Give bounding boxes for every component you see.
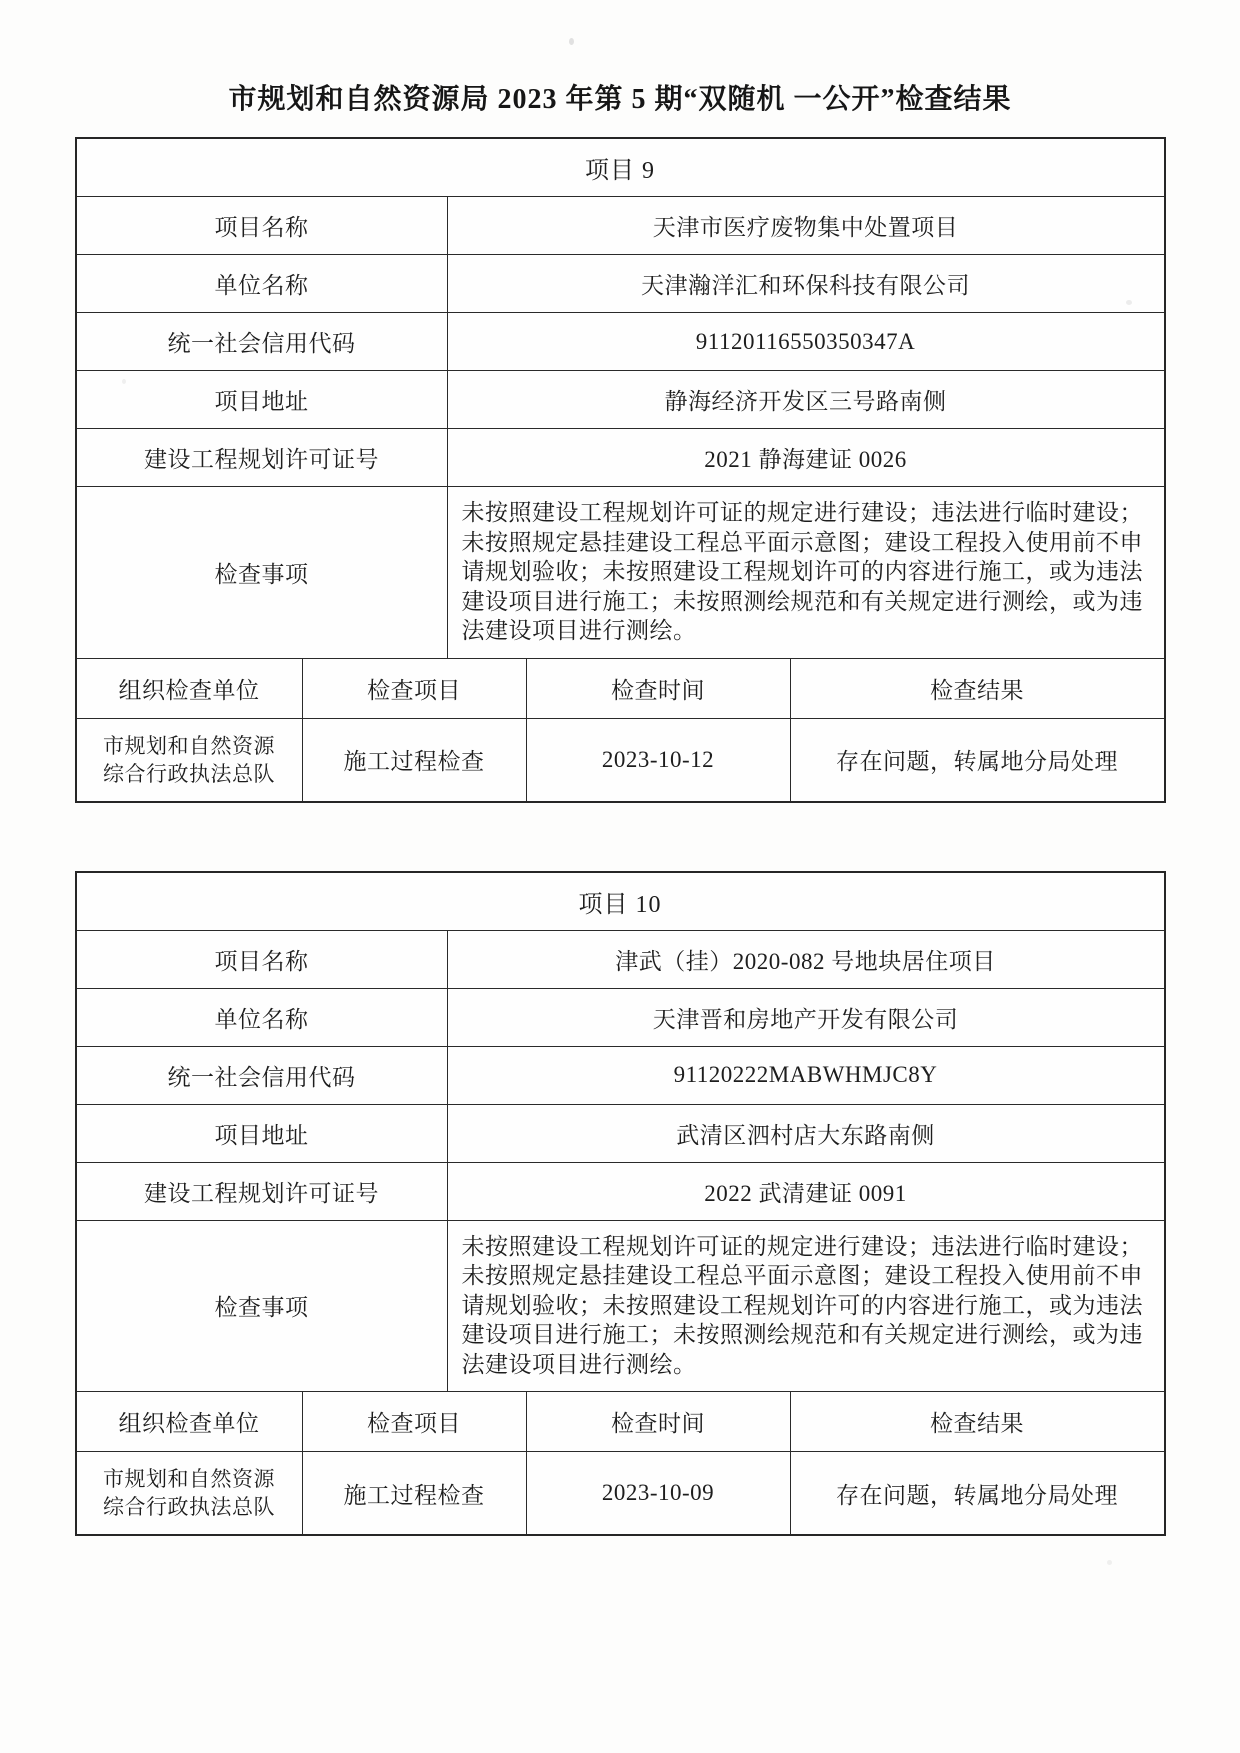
field-value: 静海经济开发区三号路南侧 <box>448 371 1164 428</box>
field-label: 统一社会信用代码 <box>77 1047 448 1104</box>
result-header-org: 组织检查单位 <box>77 1392 303 1451</box>
field-row-unit-name: 单位名称 天津瀚洋汇和环保科技有限公司 <box>77 255 1164 313</box>
field-label: 项目地址 <box>77 371 448 428</box>
scan-artifact <box>1107 1560 1112 1565</box>
result-outcome: 存在问题，转属地分局处理 <box>791 1452 1164 1534</box>
document-page: 市规划和自然资源局 2023 年第 5 期“双随机 一公开”检查结果 项目 9 … <box>0 0 1240 1536</box>
inspection-items-row: 检查事项 未按照建设工程规划许可证的规定进行建设；违法进行临时建设；未按照规定悬… <box>77 1221 1164 1393</box>
field-label: 建设工程规划许可证号 <box>77 1163 448 1220</box>
field-label: 单位名称 <box>77 989 448 1046</box>
field-label: 项目地址 <box>77 1105 448 1162</box>
result-header-outcome: 检查结果 <box>791 1392 1164 1451</box>
field-row-permit-number: 建设工程规划许可证号 2022 武清建证 0091 <box>77 1163 1164 1221</box>
field-row-credit-code: 统一社会信用代码 91120116550350347A <box>77 313 1164 371</box>
field-value: 2021 静海建证 0026 <box>448 429 1164 486</box>
field-value: 津武（挂）2020-082 号地块居住项目 <box>448 931 1164 988</box>
result-header-row: 组织检查单位 检查项目 检查时间 检查结果 <box>77 1392 1164 1452</box>
field-row-project-name: 项目名称 津武（挂）2020-082 号地块居住项目 <box>77 931 1164 989</box>
result-outcome: 存在问题，转属地分局处理 <box>791 719 1164 801</box>
result-data-row: 市规划和自然资源综合行政执法总队 施工过程检查 2023-10-12 存在问题，… <box>77 719 1164 801</box>
field-value: 91120116550350347A <box>448 313 1164 370</box>
field-label: 项目名称 <box>77 197 448 254</box>
result-header-date: 检查时间 <box>527 1392 791 1451</box>
project-header: 项目 10 <box>77 873 1164 931</box>
scan-artifact <box>1126 300 1132 305</box>
field-value: 天津市医疗废物集中处置项目 <box>448 197 1164 254</box>
result-header-date: 检查时间 <box>527 659 791 718</box>
result-date: 2023-10-09 <box>527 1452 791 1534</box>
field-row-permit-number: 建设工程规划许可证号 2021 静海建证 0026 <box>77 429 1164 487</box>
field-label: 建设工程规划许可证号 <box>77 429 448 486</box>
field-label: 项目名称 <box>77 931 448 988</box>
field-value: 武清区泗村店大东路南侧 <box>448 1105 1164 1162</box>
field-row-address: 项目地址 静海经济开发区三号路南侧 <box>77 371 1164 429</box>
field-row-address: 项目地址 武清区泗村店大东路南侧 <box>77 1105 1164 1163</box>
result-header-item: 检查项目 <box>303 659 527 718</box>
result-item: 施工过程检查 <box>303 719 527 801</box>
field-value: 91120222MABWHMJC8Y <box>448 1047 1164 1104</box>
result-header-item: 检查项目 <box>303 1392 527 1451</box>
project-9-table: 项目 9 项目名称 天津市医疗废物集中处置项目 单位名称 天津瀚洋汇和环保科技有… <box>75 137 1166 803</box>
project-10-table: 项目 10 项目名称 津武（挂）2020-082 号地块居住项目 单位名称 天津… <box>75 871 1166 1537</box>
inspection-items-row: 检查事项 未按照建设工程规划许可证的规定进行建设；违法进行临时建设；未按照规定悬… <box>77 487 1164 659</box>
field-value: 2022 武清建证 0091 <box>448 1163 1164 1220</box>
result-header-row: 组织检查单位 检查项目 检查时间 检查结果 <box>77 659 1164 719</box>
field-row-credit-code: 统一社会信用代码 91120222MABWHMJC8Y <box>77 1047 1164 1105</box>
result-data-row: 市规划和自然资源综合行政执法总队 施工过程检查 2023-10-09 存在问题，… <box>77 1452 1164 1534</box>
scan-artifact <box>569 38 574 45</box>
result-org: 市规划和自然资源综合行政执法总队 <box>77 719 303 801</box>
field-value: 天津瀚洋汇和环保科技有限公司 <box>448 255 1164 312</box>
page-title: 市规划和自然资源局 2023 年第 5 期“双随机 一公开”检查结果 <box>0 0 1240 118</box>
field-label: 单位名称 <box>77 255 448 312</box>
result-header-org: 组织检查单位 <box>77 659 303 718</box>
result-header-outcome: 检查结果 <box>791 659 1164 718</box>
field-row-project-name: 项目名称 天津市医疗废物集中处置项目 <box>77 197 1164 255</box>
result-date: 2023-10-12 <box>527 719 791 801</box>
project-header: 项目 9 <box>77 139 1164 197</box>
result-org: 市规划和自然资源综合行政执法总队 <box>77 1452 303 1534</box>
result-item: 施工过程检查 <box>303 1452 527 1534</box>
inspection-label: 检查事项 <box>77 487 448 658</box>
field-row-unit-name: 单位名称 天津晋和房地产开发有限公司 <box>77 989 1164 1047</box>
scan-artifact <box>122 379 126 384</box>
field-label: 统一社会信用代码 <box>77 313 448 370</box>
inspection-text: 未按照建设工程规划许可证的规定进行建设；违法进行临时建设；未按照规定悬挂建设工程… <box>448 487 1164 658</box>
inspection-label: 检查事项 <box>77 1221 448 1392</box>
field-value: 天津晋和房地产开发有限公司 <box>448 989 1164 1046</box>
inspection-text: 未按照建设工程规划许可证的规定进行建设；违法进行临时建设；未按照规定悬挂建设工程… <box>448 1221 1164 1392</box>
